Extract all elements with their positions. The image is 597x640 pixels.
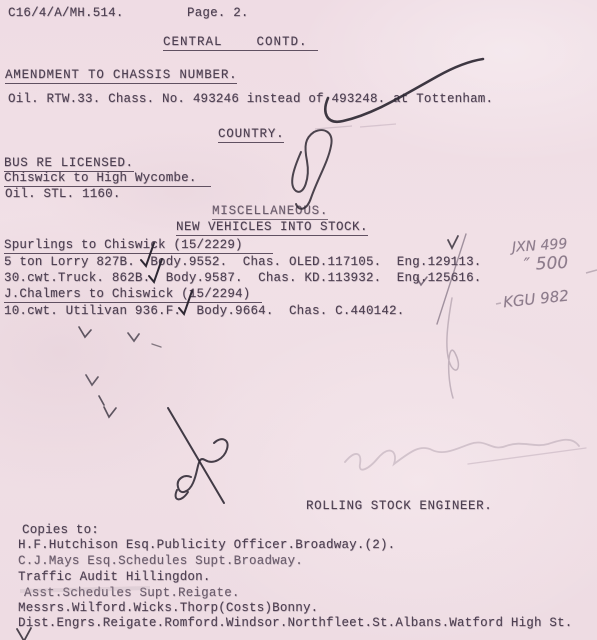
pen-tick-d xyxy=(99,396,116,417)
copies-item: Asst.Schedules Supt.Reigate. xyxy=(24,586,240,600)
pencil-dash-margin xyxy=(586,270,597,273)
pen-dash-e xyxy=(152,344,161,347)
pen-tick-c xyxy=(86,375,98,385)
pen-initials-cross xyxy=(168,408,224,503)
pen-curve-chassis xyxy=(325,59,483,122)
copies-item: C.J.Mays Esq.Schedules Supt.Broadway. xyxy=(18,554,303,568)
bus-relicensed-vehicle: Oil. STL. 1160. xyxy=(5,187,121,201)
section-heading-country: COUNTRY. xyxy=(218,127,284,143)
pencil-squiggle xyxy=(447,298,459,398)
pen-tick-b xyxy=(128,333,139,341)
copies-item: H.F.Hutchison Esq.Publicity Officer.Broa… xyxy=(18,538,395,552)
pencil-signature xyxy=(345,440,579,470)
bus-relicensed-route: Chiswick to High Wycombe. xyxy=(4,171,211,187)
pencil-signature-underline xyxy=(468,448,586,464)
section-heading-miscellaneous: MISCELLANEOUS. xyxy=(212,204,328,220)
pen-initials-jc xyxy=(176,439,228,499)
transfer2-heading: J.Chalmers to Chiswick (15/2294) xyxy=(4,287,262,303)
vehicle-row-1: 5 ton Lorry 827B. Body.9552. Chas. OLED.… xyxy=(4,255,481,269)
handwritten-registration-2: ″ 500 xyxy=(524,253,569,275)
section-heading-central: CENTRAL CONTD. xyxy=(163,35,318,51)
scanned-memo-page: C16/4/A/MH.514. Page. 2. CENTRAL CONTD. … xyxy=(0,0,597,640)
vehicle-row-3: 10.cwt. Utilivan 936.F. Body.9664. Chas.… xyxy=(4,304,404,318)
pen-scribble-country xyxy=(292,130,331,209)
amendment-heading: AMENDMENT TO CHASSIS NUMBER. xyxy=(5,68,237,84)
new-vehicles-heading: NEW VEHICLES INTO STOCK. xyxy=(176,220,368,236)
amendment-detail-line: Oil. RTW.33. Chass. No. 493246 instead o… xyxy=(8,92,493,106)
copies-item: Messrs.Wilford.Wicks.Thorp(Costs)Bonny. xyxy=(18,601,318,615)
pencil-dash-2 xyxy=(360,124,396,127)
copies-item: Traffic Audit Hillingdon. xyxy=(18,570,211,584)
document-reference: C16/4/A/MH.514. xyxy=(8,6,124,20)
pen-v-mark xyxy=(448,236,458,248)
transfer1-heading: Spurlings to Chiswick (15/2229) xyxy=(4,238,273,254)
pen-tick-a xyxy=(79,327,91,337)
copies-heading: Copies to: xyxy=(22,523,99,537)
pencil-dot-kgu xyxy=(496,303,501,304)
bus-relicensed-heading: BUS RE LICENSED. xyxy=(4,156,134,172)
handwritten-registration-3: KGU 982 xyxy=(502,287,569,312)
signature-title: ROLLING STOCK ENGINEER. xyxy=(306,499,492,513)
copies-item: Dist.Engrs.Reigate.Romford.Windsor.North… xyxy=(18,616,573,630)
page-number: Page. 2. xyxy=(187,6,249,20)
pencil-dash-1 xyxy=(315,126,352,129)
vehicle-row-2: 30.cwt.Truck. 862B. Body.9587. Chas. KD.… xyxy=(4,271,481,285)
